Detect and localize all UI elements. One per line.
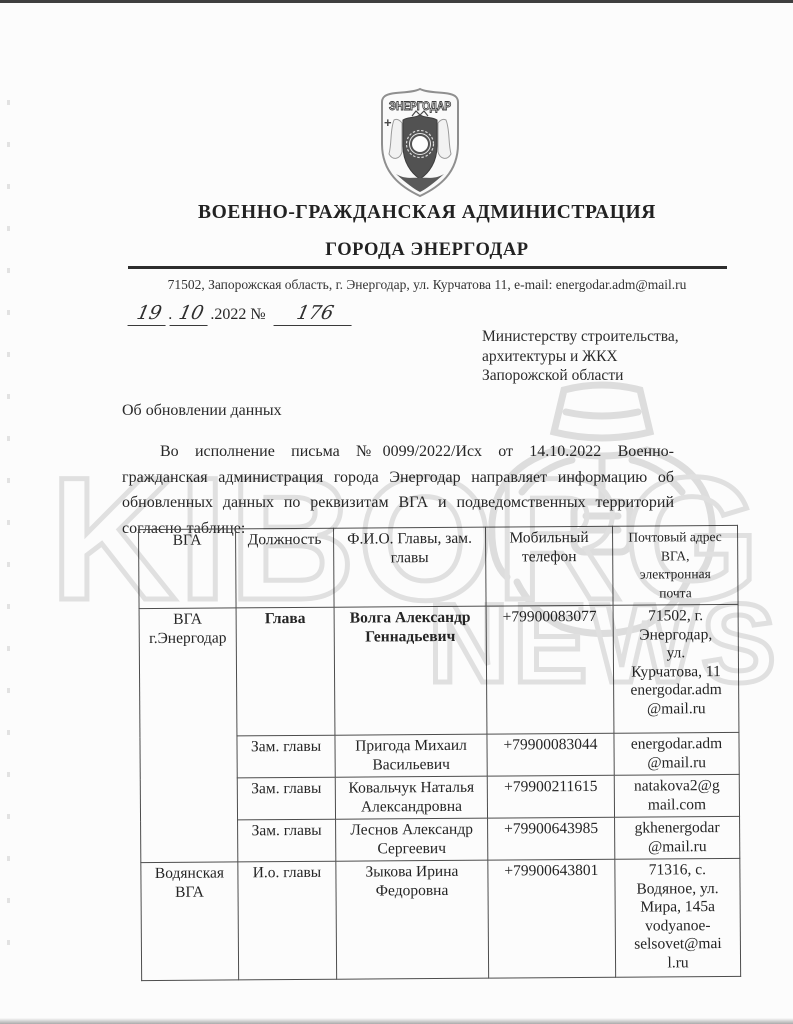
scanned-document-page: ЭНЕРГОДАР + ВОЕННО-ГРАЖДАНСКАЯ АДМИНИСТР… (0, 0, 793, 1024)
watermark-word-news: NEWS (428, 588, 780, 700)
watermark-layer: KIBORG NEWS (0, 0, 793, 1024)
